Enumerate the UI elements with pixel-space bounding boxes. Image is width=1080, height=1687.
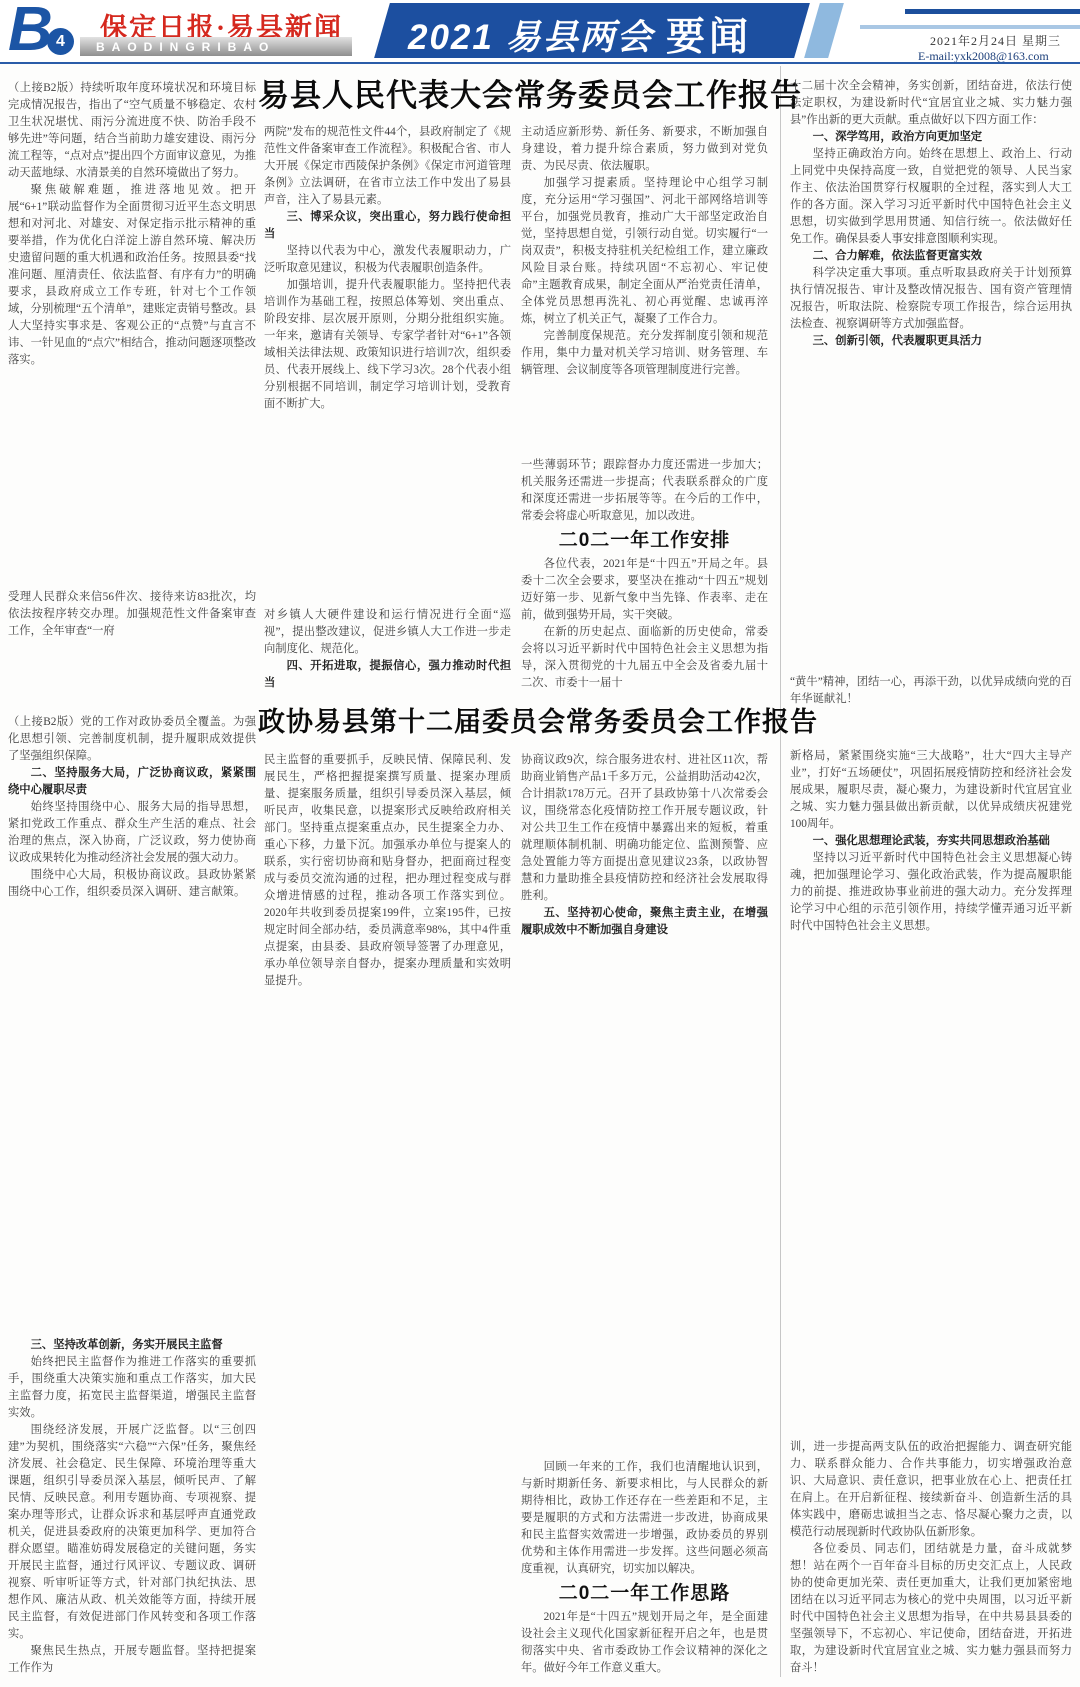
body-paragraph: 十二届十次全会精神，务实创新，团结奋进，依法行使法定职权，为建设新时代“宜居宜业… [790, 78, 1072, 129]
body-paragraph: 始终坚持围绕中心、服务大局的指导思想，紧扣党政工作重点、群众生产生活的难点、社会… [8, 799, 256, 867]
body-paragraph: 坚持正确政治方向。始终在思想上、政治上、行动上同党中央保持高度一致，自觉把党的领… [790, 146, 1072, 248]
body-paragraph: 受理人民群众来信56件次、接待来访83批次，均依法按程序转交办理。加强规范性文件… [8, 589, 256, 640]
article1-column4: 十二届十次全会精神，务实创新，团结奋进，依法行使法定职权，为建设新时代“宜居宜业… [790, 78, 1072, 708]
body-paragraph: 新格局，紧紧围绕实施“三大战略”，壮大“四大主导产业”，打好“五场硬仗”，巩固拓… [790, 748, 1072, 833]
article2-column1: （上接B2版）党的工作对政协委员全覆盖。为强化思想引领、完善制度机制，提升履职成… [8, 714, 256, 1677]
paragraph-heading: 一、强化思想理论武装，夯实共同思想政治基础 [790, 833, 1072, 850]
body-paragraph: （上接B2版）持续听取年度环境状况和环境目标完成情况报告，指出了“空气质量不够稳… [8, 80, 256, 182]
masthead: B 4 保定日报·易县新闻 BAODINGRIBAO 2021 易县两会 要闻 … [0, 0, 1080, 62]
article1-column1: （上接B2版）持续听取年度环境状况和环境目标完成情况报告，指出了“空气质量不够稳… [8, 80, 256, 640]
body-paragraph: 坚持以代表为中心，激发代表履职动力，广泛听取意见建议，积极为代表履职创造条件。 [264, 243, 511, 277]
body-paragraph: 坚持以习近平新时代中国特色社会主义思想凝心铸魂，把加强理论学习、强化政治武装，作… [790, 850, 1072, 935]
body-paragraph: 对乡镇人大硬件建设和运行情况进行全面“巡视”，提出整改建议，促进乡镇人大工作进一… [264, 607, 511, 658]
body-paragraph: 加强学习提素质。坚持理论中心组学习制度，充分运用“学习强国”、河北干部网络培训等… [521, 175, 768, 328]
banner-title: 2021 易县两会 [408, 10, 654, 60]
article2-column2: 民主监督的重要抓手，反映民情、保障民利、发展民生，严格把握提案撰写质量、提案办理… [264, 752, 511, 1677]
body-paragraph: 始终把民主监督作为推进工作落实的重要抓手，围绕重大决策实施和重点工作落实，加大民… [8, 1354, 256, 1422]
paragraph-heading: 二、合力解难，依法监督更富实效 [790, 248, 1072, 265]
article2-column3: 协商议政9次，综合服务进农村、进社区11次，帮助商业销售产品1千多万元，公益捐助… [521, 752, 768, 1677]
paragraph-heading: 四、开拓进取，提振信心，强力推动时代担当 [264, 658, 511, 692]
body-paragraph: 聚焦民生热点，开展专题监督。坚持把提案工作作为 [8, 1643, 256, 1677]
paper-pinyin-bar: BAODINGRIBAO [80, 37, 352, 56]
body-paragraph: 各位委员、同志们，团结就是力量，奋斗成就梦想！站在两个一百年奋斗目标的历史交汇点… [790, 1541, 1072, 1677]
body-paragraph: 主动适应新形势、新任务、新要求，不断加强自身建设，着力提升综合素质，努力做到对党… [521, 124, 768, 175]
body-paragraph: 一些薄弱环节；跟踪督办力度还需进一步加大；机关服务还需进一步提高；代表联系群众的… [521, 457, 768, 525]
body-paragraph: 聚焦破解难题，推进落地见效。把开展“6+1”联动监督作为全面贯彻习近平生态文明思… [8, 182, 256, 369]
article1-headline: 易县人民代表大会常务委员会工作报告 [258, 70, 774, 115]
banner-section: 要闻 [666, 6, 752, 62]
body-paragraph: （上接B2版）党的工作对政协委员全覆盖。为强化思想引领、完善制度机制，提升履职成… [8, 714, 256, 765]
section-subhead: 二0二一年工作思路 [521, 1585, 768, 1602]
body-paragraph: 完善制度保规范。充分发挥制度引领和规范作用，集中力量对机关学习培训、财务管理、车… [521, 328, 768, 379]
paragraph-heading: 三、博采众议，突出重心，努力践行使命担当 [264, 209, 511, 243]
body-paragraph: 在新的历史起点、面临新的历史使命，常委会将以习近平新时代中国特色社会主义思想为指… [521, 624, 768, 692]
banner-accent-slash [804, 3, 844, 58]
body-paragraph: “黄牛”精神，团结一心，再添干劲，以优异成绩向党的百年华诞献礼！ [790, 674, 1072, 708]
body-paragraph: 围绕经济发展，开展广泛监督。以“三创四建”为契机，围绕落实“六稳”“六保”任务，… [8, 1422, 256, 1643]
body-paragraph: 各位代表，2021年是“十四五”开局之年。县委十二次全会要求，要坚决在推动“十四… [521, 556, 768, 624]
body-paragraph: 训，进一步提高两支队伍的政治把握能力、调查研究能力、联系群众能力、合作共事能力，… [790, 1439, 1072, 1541]
top-right-rule-light [860, 25, 1080, 29]
page-letter: B [8, 0, 53, 65]
body-paragraph: 科学决定重大事项。重点听取县政府关于计划预算执行情况报告、审计及整改情况报告、国… [790, 265, 1072, 333]
date-line: 2021年2月24日 星期三 [930, 32, 1061, 49]
article1-column2: 两院”发布的规范性文件44个，县政府制定了《规范性文件备案审查工作流程》。积极配… [264, 124, 511, 692]
article2-column4: 新格局，紧紧围绕实施“三大战略”，壮大“四大主导产业”，打好“五场硬仗”，巩固拓… [790, 748, 1072, 1677]
body-paragraph: 两院”发布的规范性文件44个，县政府制定了《规范性文件备案审查工作流程》。积极配… [264, 124, 511, 209]
article1-column3: 主动适应新形势、新任务、新要求，不断加强自身建设，着力提升综合素质，努力做到对党… [521, 124, 768, 692]
body-paragraph: 围绕中心大局，积极协商议政。县政协紧紧围绕中心工作，组织委员深入调研、建言献策。 [8, 867, 256, 901]
body-paragraph: 加强培训，提升代表履职能力。坚持把代表培训作为基础工程，按照总体筹划、突出重点、… [264, 277, 511, 413]
body-paragraph: 协商议政9次，综合服务进农村、进社区11次，帮助商业销售产品1千多万元，公益捐助… [521, 752, 768, 905]
paragraph-heading: 二、坚持服务大局，广泛协商议政，紧紧围绕中心履职尽责 [8, 765, 256, 799]
body-paragraph: 回顾一年来的工作，我们也清醒地认识到，与新时期新任务、新要求相比，与人民群众的新… [521, 1459, 768, 1578]
newspaper-page: B 4 保定日报·易县新闻 BAODINGRIBAO 2021 易县两会 要闻 … [0, 0, 1080, 1687]
paragraph-heading: 三、创新引领，代表履职更具活力 [790, 333, 1072, 350]
body-paragraph: 2021年是“十四五”规划开局之年，是全面建设社会主义现代化国家新征程开启之年，… [521, 1609, 768, 1677]
section-subhead: 二0二一年工作安排 [521, 532, 768, 549]
page-number-badge: 4 [47, 28, 74, 55]
paragraph-heading: 五、坚持初心使命，聚焦主责主业，在增强履职成效中不断加强自身建设 [521, 905, 768, 939]
article2-headline: 政协易县第十二届委员会常务委员会工作报告 [258, 700, 774, 739]
column-divider [780, 66, 781, 1677]
header-divider [0, 62, 1080, 64]
paper-pinyin: BAODINGRIBAO [80, 40, 275, 54]
paragraph-heading: 三、坚持改革创新，务实开展民主监督 [8, 1337, 256, 1354]
paragraph-heading: 一、深学笃用，政治方向更加坚定 [790, 129, 1072, 146]
top-right-rule-dark [905, 9, 1080, 14]
body-paragraph: 民主监督的重要抓手，反映民情、保障民利、发展民生，严格把握提案撰写质量、提案办理… [264, 752, 511, 990]
